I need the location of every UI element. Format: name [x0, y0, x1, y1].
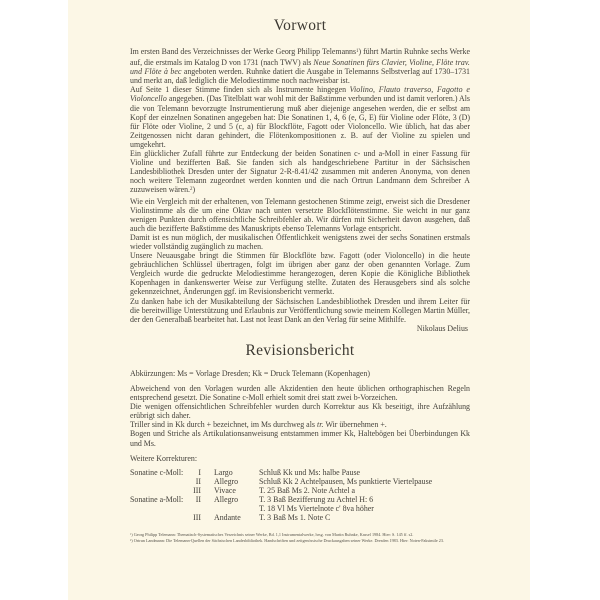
corrections-label: Weitere Korrekturen: — [130, 454, 470, 463]
correction-note-line: T. 3 Baß Bezifferung zu Achtel H: 6 — [259, 495, 470, 504]
tempo-label: Allegro — [203, 477, 253, 486]
paragraph: Unsere Neuausgabe bringt die Stimmen für… — [130, 251, 470, 296]
tempo-label: Vivace — [203, 486, 253, 495]
correction-notes: T. 3 Baß Bezifferung zu Achtel H: 6T. 18… — [255, 495, 470, 513]
movement-numeral: II — [188, 495, 201, 513]
correction-note-line: T. 25 Baß Ms 2. Note Achtel a — [259, 486, 470, 495]
correction-notes: Schluß Kk und Ms: halbe Pause — [255, 468, 470, 477]
paragraph: Ein glücklicher Zufall führte zur Entdec… — [130, 149, 470, 196]
abbreviations-line: Abkürzungen: Ms = Vorlage Dresden; Kk = … — [130, 369, 470, 378]
correction-note-line: Schluß Kk 2 Achtelpausen, Ms punktierte … — [259, 477, 470, 486]
work-label: Sonatine c-Moll: — [130, 468, 186, 477]
paragraph: Bogen und Striche als Artikulationsanwei… — [130, 429, 470, 447]
work-label — [130, 513, 186, 522]
paragraph: Abweichend von den Vorlagen wurden alle … — [130, 384, 470, 402]
paragraph: Zu danken habe ich der Musikabteilung de… — [130, 297, 470, 324]
correction-row: Sonatine a-Moll:IIAllegroT. 3 Baß Beziff… — [130, 495, 470, 513]
correction-notes: Schluß Kk 2 Achtelpausen, Ms punktierte … — [255, 477, 470, 486]
correction-row: IIIVivaceT. 25 Baß Ms 2. Note Achtel a — [130, 486, 470, 495]
correction-row: Sonatine c-Moll:ILargoSchluß Kk und Ms: … — [130, 468, 470, 477]
paragraph: Wie ein Vergleich mit der erhaltenen, vo… — [130, 197, 470, 233]
work-label: Sonatine a-Moll: — [130, 495, 186, 513]
corrections-table: Sonatine c-Moll:ILargoSchluß Kk und Ms: … — [130, 468, 470, 523]
movement-numeral: III — [188, 486, 201, 495]
movement-numeral: I — [188, 468, 201, 477]
tempo-label: Largo — [203, 468, 253, 477]
vorwort-body: Im ersten Band des Verzeichnisses der We… — [130, 47, 470, 324]
tempo-label: Allegro — [203, 495, 253, 513]
correction-note-line: T. 3 Baß Ms 1. Note C — [259, 513, 470, 522]
correction-row: IIIAndanteT. 3 Baß Ms 1. Note C — [130, 513, 470, 522]
page-content: Vorwort Im ersten Band des Verzeichnisse… — [130, 0, 470, 545]
vorwort-title: Vorwort — [130, 17, 470, 35]
tempo-label: Andante — [203, 513, 253, 522]
footnote: 2) Ortrun Landmann: Die Telemann-Quellen… — [130, 539, 470, 545]
paragraph: Damit ist es nun möglich, der musikalisc… — [130, 233, 470, 251]
movement-numeral: III — [188, 513, 201, 522]
work-label — [130, 486, 186, 495]
paragraph: Auf Seite 1 dieser Stimme finden sich al… — [130, 85, 470, 149]
correction-notes: T. 3 Baß Ms 1. Note C — [255, 513, 470, 522]
correction-note-line: T. 18 Vl Ms Viertelnote c' 8va höher — [259, 504, 470, 513]
correction-notes: T. 25 Baß Ms 2. Note Achtel a — [255, 486, 470, 495]
revisionsbericht-body: Abweichend von den Vorlagen wurden alle … — [130, 384, 470, 448]
document-page: Vorwort Im ersten Band des Verzeichnisse… — [68, 0, 530, 600]
paragraph: Die wenigen offensichtlichen Schreibfehl… — [130, 402, 470, 420]
footnotes-block: 1) Georg Philipp Telemann: Thematisch-Sy… — [130, 533, 470, 545]
revisionsbericht-title: Revisionsbericht — [130, 342, 470, 360]
paragraph: Im ersten Band des Verzeichnisses der We… — [130, 47, 470, 85]
author-signature: Nikolaus Delius — [130, 324, 468, 333]
movement-numeral: II — [188, 477, 201, 486]
correction-row: IIAllegroSchluß Kk 2 Achtelpausen, Ms pu… — [130, 477, 470, 486]
paragraph: Triller sind in Kk durch + bezeichnet, i… — [130, 420, 470, 429]
work-label — [130, 477, 186, 486]
correction-note-line: Schluß Kk und Ms: halbe Pause — [259, 468, 470, 477]
